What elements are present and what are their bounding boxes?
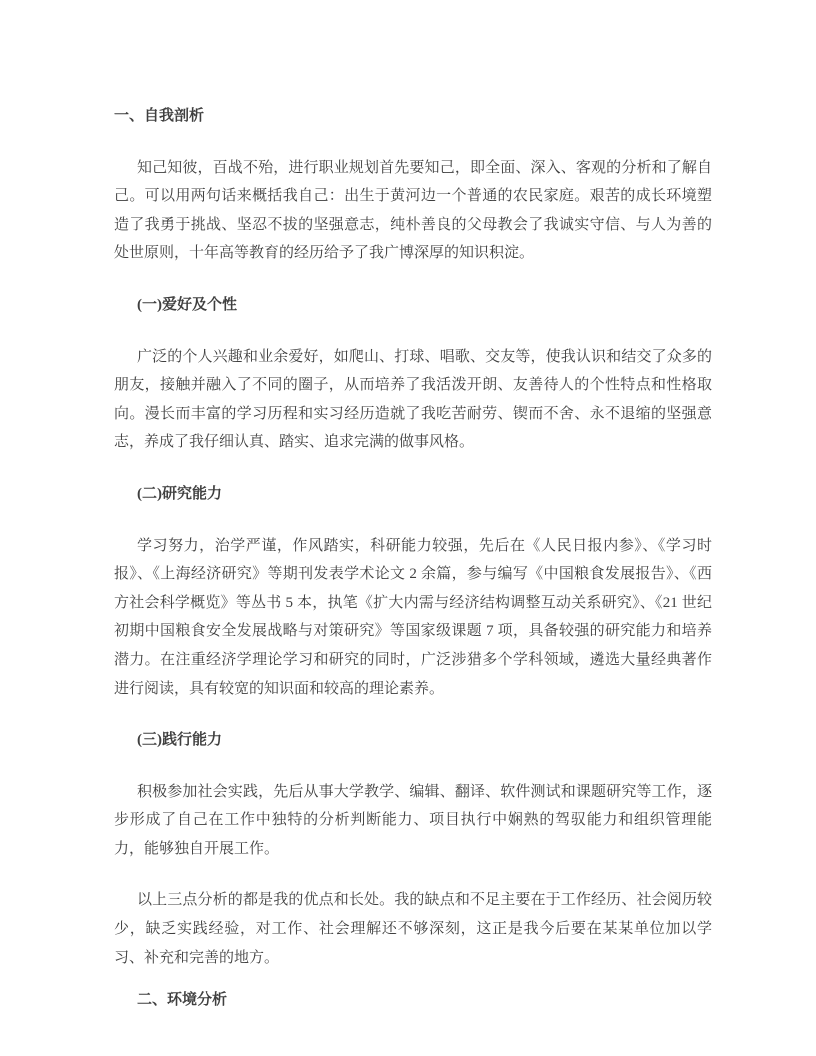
para-practice-ability: 积极参加社会实践，先后从事大学教学、编辑、翻译、软件测试和课题研究等工作，逐步形… bbox=[114, 778, 712, 864]
document-page: 一、自我剖析 知己知彼，百战不殆，进行职业规划首先要知己，即全面、深入、客观的分… bbox=[0, 0, 816, 1056]
heading-environment-analysis: 二、环境分析 bbox=[114, 986, 712, 1015]
para-know-yourself: 知己知彼，百战不殆，进行职业规划首先要知己，即全面、深入、客观的分析和了解自己。… bbox=[114, 154, 712, 268]
heading-self-analysis: 一、自我剖析 bbox=[114, 102, 712, 131]
para-strengths-weaknesses: 以上三点分析的都是我的优点和长处。我的缺点和不足主要在于工作经历、社会阅历较少，… bbox=[114, 886, 712, 972]
para-hobbies-personality: 广泛的个人兴趣和业余爱好，如爬山、打球、唱歌、交友等，使我认识和结交了众多的朋友… bbox=[114, 343, 712, 457]
heading-research-ability: (二)研究能力 bbox=[114, 480, 712, 509]
heading-hobbies-personality: (一)爱好及个性 bbox=[114, 291, 712, 320]
para-research-ability: 学习努力，治学严谨，作风踏实，科研能力较强，先后在《人民日报内参》、《学习时报》… bbox=[114, 532, 712, 704]
heading-practice-ability: (三)践行能力 bbox=[114, 726, 712, 755]
